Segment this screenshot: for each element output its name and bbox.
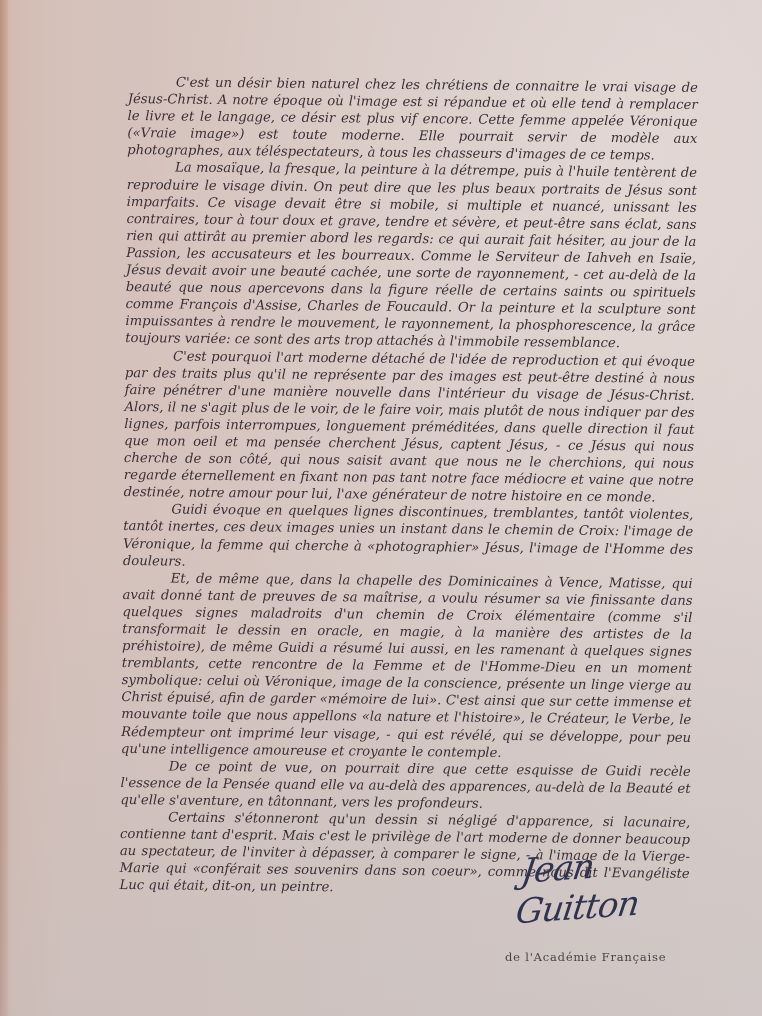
author-affiliation: de l'Académie Française	[505, 950, 705, 964]
paragraph-3: C'est pourquoi l'art moderne détaché de …	[124, 347, 696, 507]
book-page: C'est un désir bien naturel chez les chr…	[0, 0, 762, 1016]
paragraph-4: Guidi évoque en quelques lignes disconti…	[123, 501, 694, 575]
paragraph-2: La mosaïque, la fresque, la peinture à l…	[125, 159, 697, 353]
paragraph-6: De ce point de vue, on pourrait dire que…	[120, 758, 691, 815]
essay-text: C'est un désir bien naturel chez les chr…	[119, 74, 698, 900]
author-signature: Jean Guitton	[513, 839, 710, 933]
signature-block: Jean Guitton de l'Académie Française	[505, 852, 705, 964]
paragraph-5: Et, de même que, dans la chapelle des Do…	[121, 570, 693, 764]
paragraph-1: C'est un désir bien naturel chez les chr…	[127, 74, 698, 165]
